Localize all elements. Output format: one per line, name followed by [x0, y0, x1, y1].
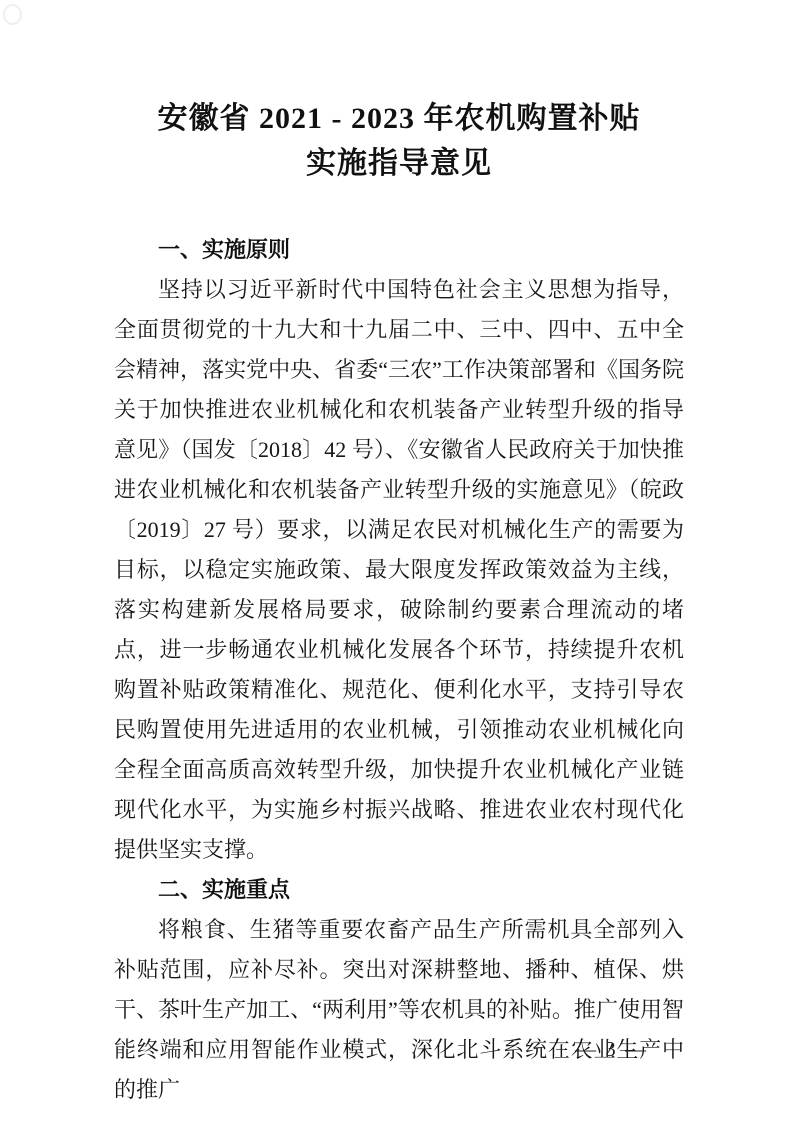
document-title-line-2: 实施指导意见 [114, 141, 684, 186]
paragraph-implementation-priorities: 将粮食、生猪等重要农畜产品生产所需机具全部列入补贴范围，应补尽补。突出对深耕整地… [114, 910, 684, 1110]
section-heading-implementation-priorities: 二、实施重点 [114, 870, 684, 910]
document-title: 安徽省 2021 - 2023 年农机购置补贴 实施指导意见 [114, 96, 684, 186]
scan-artifact-mark [3, 4, 22, 25]
document-content: 安徽省 2021 - 2023 年农机购置补贴 实施指导意见 一、实施原则 坚持… [114, 96, 684, 1110]
document-title-line-1: 安徽省 2021 - 2023 年农机购置补贴 [114, 96, 684, 141]
document-body: 一、实施原则 坚持以习近平新时代中国特色社会主义思想为指导，全面贯彻党的十九大和… [114, 230, 684, 1110]
page-number: — 3 — [575, 1037, 648, 1062]
paragraph-implementation-principles: 坚持以习近平新时代中国特色社会主义思想为指导，全面贯彻党的十九大和十九届二中、三… [114, 270, 684, 870]
section-heading-implementation-principles: 一、实施原则 [114, 230, 684, 270]
document-page: 安徽省 2021 - 2023 年农机购置补贴 实施指导意见 一、实施原则 坚持… [0, 0, 794, 1123]
